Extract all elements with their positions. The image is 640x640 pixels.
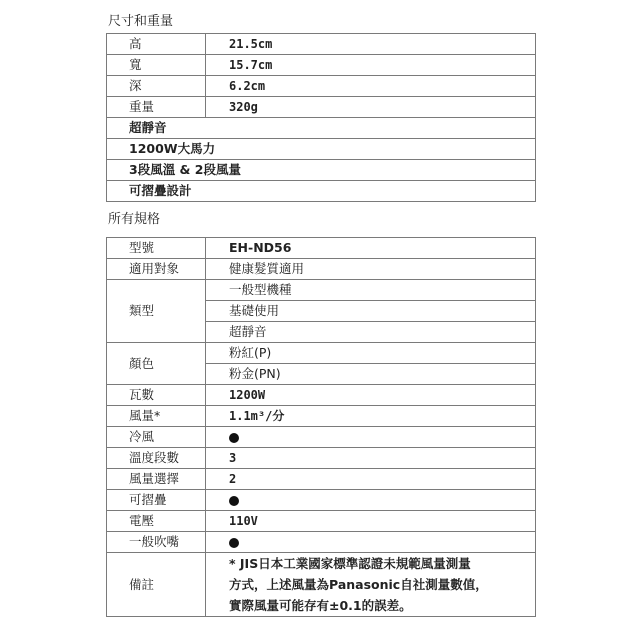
table-row: 風量* 1.1m³/分 (107, 406, 536, 427)
spec-key: 備註 (107, 553, 206, 617)
spec-value: 6.2cm (206, 76, 536, 97)
spec-key: 顏色 (107, 343, 206, 385)
spec-key: 溫度段數 (107, 448, 206, 469)
spec-key: 深 (107, 76, 206, 97)
spec-key: 重量 (107, 97, 206, 118)
feature-row: 超靜音 (107, 118, 536, 139)
spec-key: 高 (107, 34, 206, 55)
table-row: 深 6.2cm (107, 76, 536, 97)
spec-key: 電壓 (107, 511, 206, 532)
specs-section-title: 所有規格 (108, 212, 160, 228)
remarks-note: * JIS日本工業國家標準認證未規範風量測量 方式，上述風量為Panasonic… (206, 553, 536, 617)
table-row: 電壓 110V (107, 511, 536, 532)
feature-text: 1200W大馬力 (107, 139, 536, 160)
spec-value: 3 (206, 448, 536, 469)
remarks-line: 實際風量可能存有±0.1的誤差。 (229, 595, 529, 616)
table-row: 一般吹嘴 (107, 532, 536, 553)
spec-value (206, 490, 536, 511)
spec-key: 型號 (107, 238, 206, 259)
filled-circle-icon (229, 433, 239, 443)
table-row: 顏色 粉紅(P) (107, 343, 536, 364)
table-row: 備註 * JIS日本工業國家標準認證未規範風量測量 方式，上述風量為Panaso… (107, 553, 536, 617)
spec-value: 320g (206, 97, 536, 118)
table-row: 型號 EH-ND56 (107, 238, 536, 259)
spec-value: 粉金(PN) (206, 364, 536, 385)
dimensions-table: 高 21.5cm 寬 15.7cm 深 6.2cm 重量 320g 超靜音 12… (106, 33, 536, 202)
dimensions-section-title: 尺寸和重量 (108, 14, 173, 30)
feature-row: 3段風溫 & 2段風量 (107, 160, 536, 181)
spec-value: 粉紅(P) (206, 343, 536, 364)
spec-value (206, 532, 536, 553)
filled-circle-icon (229, 496, 239, 506)
spec-key: 瓦數 (107, 385, 206, 406)
feature-row: 1200W大馬力 (107, 139, 536, 160)
spec-value (206, 427, 536, 448)
feature-text: 可摺疊設計 (107, 181, 536, 202)
spec-value: EH-ND56 (206, 238, 536, 259)
spec-key: 可摺疊 (107, 490, 206, 511)
spec-value: 1200W (206, 385, 536, 406)
table-row: 冷風 (107, 427, 536, 448)
table-row: 風量選擇 2 (107, 469, 536, 490)
spec-key: 寬 (107, 55, 206, 76)
spec-value: 110V (206, 511, 536, 532)
spec-key: 類型 (107, 280, 206, 343)
spec-value: 15.7cm (206, 55, 536, 76)
spec-value: 2 (206, 469, 536, 490)
spec-key: 適用對象 (107, 259, 206, 280)
spec-key: 風量* (107, 406, 206, 427)
table-row: 重量 320g (107, 97, 536, 118)
table-row: 適用對象 健康髮質適用 (107, 259, 536, 280)
spec-key: 一般吹嘴 (107, 532, 206, 553)
table-row: 瓦數 1200W (107, 385, 536, 406)
spec-value: 一般型機種 (206, 280, 536, 301)
table-row: 高 21.5cm (107, 34, 536, 55)
filled-circle-icon (229, 538, 239, 548)
table-row: 類型 一般型機種 (107, 280, 536, 301)
spec-value: 1.1m³/分 (206, 406, 536, 427)
feature-text: 3段風溫 & 2段風量 (107, 160, 536, 181)
spec-value: 基礎使用 (206, 301, 536, 322)
table-row: 寬 15.7cm (107, 55, 536, 76)
specs-table: 型號 EH-ND56 適用對象 健康髮質適用 類型 一般型機種 基礎使用 超靜音… (106, 237, 536, 617)
spec-key: 風量選擇 (107, 469, 206, 490)
spec-key: 冷風 (107, 427, 206, 448)
spec-value: 21.5cm (206, 34, 536, 55)
table-row: 溫度段數 3 (107, 448, 536, 469)
remarks-line: * JIS日本工業國家標準認證未規範風量測量 (229, 553, 529, 574)
feature-row: 可摺疊設計 (107, 181, 536, 202)
remarks-line: 方式，上述風量為Panasonic自社測量數值， (229, 574, 529, 595)
spec-value: 超靜音 (206, 322, 536, 343)
spec-value: 健康髮質適用 (206, 259, 536, 280)
table-row: 可摺疊 (107, 490, 536, 511)
feature-text: 超靜音 (107, 118, 536, 139)
